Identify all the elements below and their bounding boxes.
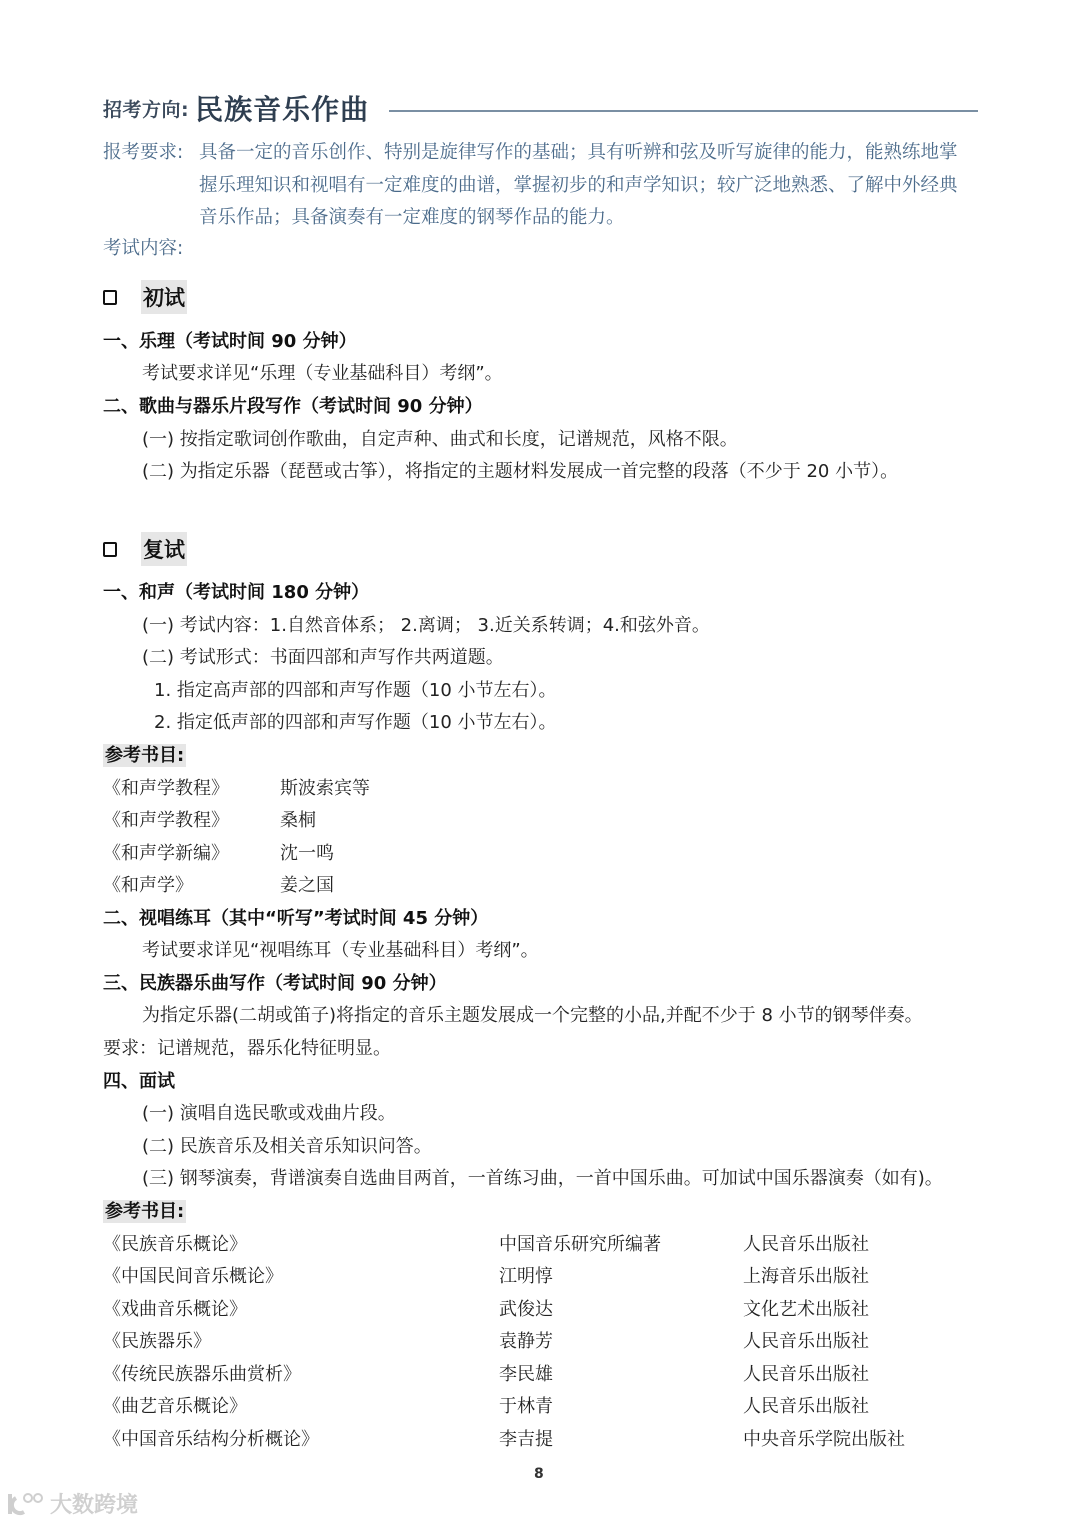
reference-book: 《和声学教程》 (103, 774, 229, 800)
item-line: 为指定乐器(二胡或笛子)将指定的音乐主题发展成一个完整的小品,并配不少于 8 小… (142, 1001, 923, 1027)
requirements-block: 报考要求: 具备一定的音乐创作、特别是旋律写作的基础；具有听辨和弦及听写旋律的能… (103, 137, 983, 235)
references-label: 参考书目: (103, 1197, 186, 1223)
reference-author: 李吉提 (499, 1425, 553, 1451)
requirements-line: 握乐理知识和视唱有一定难度的曲谱，掌握初步的和声学知识；较广泛地熟悉、了解中外经… (199, 170, 983, 203)
reference-book: 《传统民族器乐曲赏析》 (103, 1360, 301, 1386)
item-line: 考试要求详见“乐理（专业基础科目）考纲”。 (142, 359, 503, 385)
reference-book: 《和声学教程》 (103, 806, 229, 832)
page-header: 招考方向: 民族音乐作曲 (103, 88, 978, 128)
reference-publisher: 人民音乐出版社 (743, 1327, 869, 1353)
section-heading-preliminary: 初试 (103, 280, 187, 314)
section-heading-retest: 复试 (103, 532, 187, 566)
section-title: 初试 (141, 280, 187, 314)
reference-book: 《民族器乐》 (103, 1327, 211, 1353)
requirements-line: 具备一定的音乐创作、特别是旋律写作的基础；具有听辨和弦及听写旋律的能力，能熟练地… (199, 137, 983, 170)
reference-author: 袁静芳 (499, 1327, 553, 1353)
reference-book: 《曲艺音乐概论》 (103, 1392, 247, 1418)
reference-author: 斯波索宾等 (280, 774, 370, 800)
content-label: 考试内容: (103, 234, 183, 260)
reference-book: 《中国民间音乐概论》 (103, 1262, 283, 1288)
item-line: (二) 民族音乐及相关音乐知识问答。 (142, 1132, 432, 1158)
reference-author: 姜之国 (280, 871, 334, 897)
reference-book: 《和声学》 (103, 871, 193, 897)
reference-book: 《民族音乐概论》 (103, 1230, 247, 1256)
references-label: 参考书目: (103, 741, 186, 767)
item-line: (一) 演唱自选民歌或戏曲片段。 (142, 1099, 396, 1125)
reference-author: 沈一鸣 (280, 839, 334, 865)
checkbox-square-icon (103, 542, 117, 557)
reference-author: 于林青 (499, 1392, 553, 1418)
item-line: 2. 指定低声部的四部和声写作题（10 小节左右）。 (154, 708, 557, 734)
reference-publisher: 中央音乐学院出版社 (743, 1425, 905, 1451)
reference-author: 武俊达 (499, 1295, 553, 1321)
reference-publisher: 人民音乐出版社 (743, 1360, 869, 1386)
watermark-logo-icon (6, 1490, 46, 1518)
item-line: (三) 钢琴演奏，背谱演奏自选曲目两首，一首练习曲，一首中国乐曲。可加试中国乐器… (142, 1164, 943, 1190)
item-line: 1. 指定高声部的四部和声写作题（10 小节左右）。 (154, 676, 557, 702)
item-line: (一) 按指定歌词创作歌曲，自定声种、曲式和长度，记谱规范，风格不限。 (142, 425, 738, 451)
reference-publisher: 人民音乐出版社 (743, 1230, 869, 1256)
requirements-label: 报考要求: (103, 137, 199, 170)
item-heading: 四、面试 (103, 1067, 175, 1093)
direction-label: 招考方向: (103, 95, 189, 122)
reference-book: 《和声学新编》 (103, 839, 229, 865)
page-title: 民族音乐作曲 (195, 88, 369, 128)
item-line: (二) 为指定乐器（琵琶或古筝），将指定的主题材料发展成一首完整的段落（不少于 … (142, 457, 898, 483)
section-title: 复试 (141, 532, 187, 566)
item-heading: 二、视唱练耳（其中“听写”考试时间 45 分钟） (103, 904, 488, 930)
item-line: (二) 考试形式：书面四部和声写作共两道题。 (142, 643, 504, 669)
item-heading: 一、和声（考试时间 180 分钟） (103, 578, 369, 604)
item-heading: 三、民族器乐曲写作（考试时间 90 分钟） (103, 969, 447, 995)
page-number: 8 (534, 1466, 544, 1482)
header-divider (389, 110, 978, 112)
reference-author: 中国音乐研究所编著 (499, 1230, 661, 1256)
item-line: (一) 考试内容：1.自然音体系； 2.离调； 3.近关系转调；4.和弦外音。 (142, 611, 710, 637)
requirements-line: 音乐作品；具备演奏有一定难度的钢琴作品的能力。 (199, 202, 983, 235)
item-heading: 二、歌曲与器乐片段写作（考试时间 90 分钟） (103, 392, 483, 418)
reference-author: 江明惇 (499, 1262, 553, 1288)
reference-author: 李民雄 (499, 1360, 553, 1386)
item-heading: 一、乐理（考试时间 90 分钟） (103, 327, 357, 353)
reference-author: 桑桐 (280, 806, 316, 832)
reference-book: 《戏曲音乐概论》 (103, 1295, 247, 1321)
checkbox-square-icon (103, 290, 117, 305)
watermark: 大数跨境 (6, 1488, 138, 1519)
reference-publisher: 文化艺术出版社 (743, 1295, 869, 1321)
reference-book: 《中国音乐结构分析概论》 (103, 1425, 319, 1451)
reference-publisher: 上海音乐出版社 (743, 1262, 869, 1288)
document-page: 招考方向: 民族音乐作曲 报考要求: 具备一定的音乐创作、特别是旋律写作的基础；… (0, 0, 1080, 1527)
item-line: 要求：记谱规范，器乐化特征明显。 (103, 1034, 391, 1060)
reference-publisher: 人民音乐出版社 (743, 1392, 869, 1418)
item-line: 考试要求详见“视唱练耳（专业基础科目）考纲”。 (142, 936, 539, 962)
watermark-text: 大数跨境 (50, 1488, 138, 1519)
